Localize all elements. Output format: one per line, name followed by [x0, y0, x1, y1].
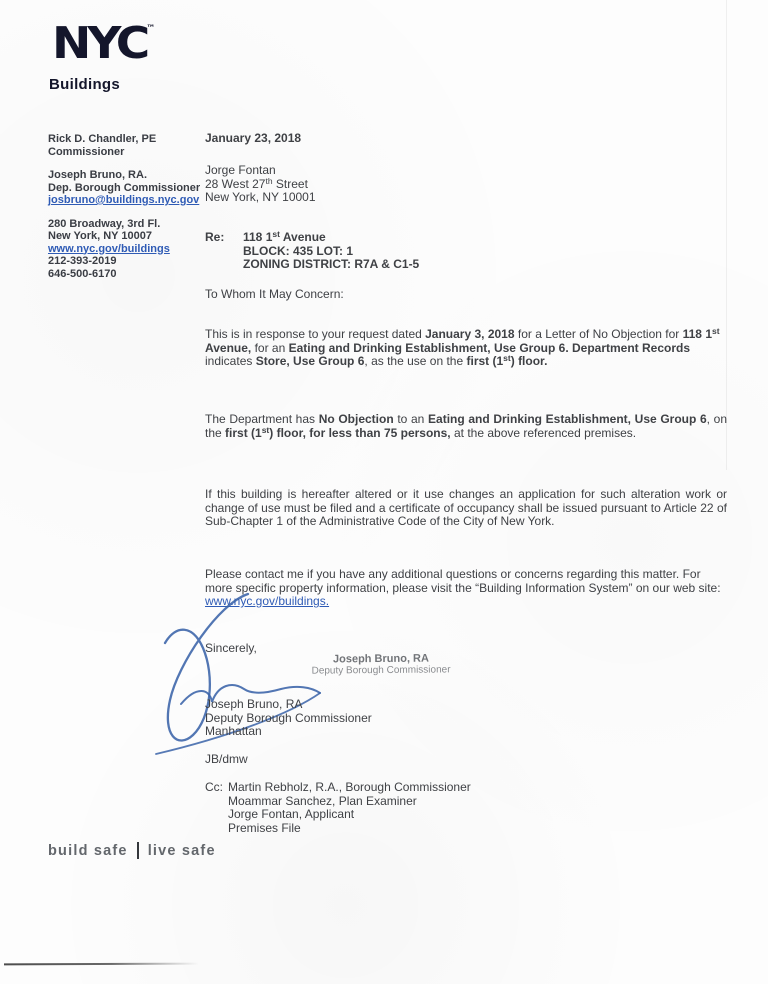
letter-date: January 23, 2018	[205, 132, 727, 146]
nyc-logo-text: NYC	[52, 18, 146, 69]
phone-number-1: 212-393-2019	[48, 255, 206, 268]
cc-recipient-1: Martin Rebholz, R.A., Borough Commission…	[228, 781, 471, 795]
address-line2: New York, NY 10007	[48, 230, 206, 243]
signer-name: Joseph Bruno, RA	[205, 698, 727, 712]
stamp-title: Deputy Borough Commissioner	[296, 664, 466, 676]
phone-number-2: 646-500-6170	[48, 268, 206, 281]
scanned-letter-page: NYC™ Buildings Rick D. Chandler, PE Comm…	[0, 0, 768, 984]
recipient-address: Jorge Fontan 28 West 27th Street New Yor…	[205, 164, 727, 205]
nyc-logo: NYC™	[52, 22, 155, 65]
recipient-city: New York, NY 10001	[205, 191, 727, 205]
commissioner-name: Rick D. Chandler, PE	[48, 133, 206, 146]
paragraph-request: This is in response to your request date…	[205, 328, 727, 369]
cc-label: Cc:	[205, 781, 228, 835]
email-link[interactable]: josbruno@buildings.nyc.gov	[48, 194, 199, 206]
deputy-name: Joseph Bruno, RA.	[48, 169, 206, 182]
cc-recipient-3: Jorge Fontan, Applicant	[228, 808, 471, 822]
paragraph-contact: Please contact me if you have any additi…	[205, 568, 727, 609]
commissioner-title: Commissioner	[48, 146, 206, 159]
paragraph-no-objection: The Department has No Objection to an Ea…	[205, 413, 727, 440]
scan-page-edge-bottom	[4, 963, 199, 966]
inline-link[interactable]: www.nyc.gov/buildings.	[205, 594, 329, 608]
footer-divider	[137, 842, 139, 859]
re-block-lot: BLOCK: 435 LOT: 1	[243, 245, 419, 259]
re-address: 118 1st Avenue	[243, 231, 419, 245]
paragraph-alteration-notice: If this building is hereafter altered or…	[205, 488, 727, 529]
re-block: Re: 118 1st Avenue BLOCK: 435 LOT: 1 ZON…	[205, 231, 727, 272]
logo-department-label: Buildings	[49, 76, 120, 93]
signer-borough: Manhattan	[205, 725, 727, 739]
recipient-street: 28 West 27th Street	[205, 178, 727, 192]
footer-live-safe: live safe	[148, 843, 216, 859]
website-link[interactable]: www.nyc.gov/buildings	[48, 243, 170, 255]
signature-block: Joseph Bruno, RA Deputy Borough Commissi…	[205, 698, 727, 739]
deputy-title: Dep. Borough Commissioner	[48, 182, 206, 195]
name-stamp: Joseph Bruno, RA Deputy Borough Commissi…	[296, 652, 466, 676]
trademark-symbol: ™	[146, 24, 155, 33]
signer-title: Deputy Borough Commissioner	[205, 712, 727, 726]
footer-slogan: build safe live safe	[48, 842, 216, 859]
re-label: Re:	[205, 231, 243, 272]
re-zoning-district: ZONING DISTRICT: R7A & C1-5	[243, 258, 419, 272]
cc-recipient-4: Premises File	[228, 822, 471, 836]
salutation: To Whom It May Concern:	[205, 288, 727, 302]
address-line1: 280 Broadway, 3rd Fl.	[48, 218, 206, 231]
letterhead-sidebar: Rick D. Chandler, PE Commissioner Joseph…	[48, 133, 206, 280]
closing: Sincerely,	[205, 642, 727, 656]
reference-initials: JB/dmw	[205, 753, 727, 767]
cc-recipient-2: Moammar Sanchez, Plan Examiner	[228, 795, 471, 809]
footer-build-safe: build safe	[48, 843, 128, 859]
scan-page-edge-right	[726, 0, 727, 470]
cc-block: Cc: Martin Rebholz, R.A., Borough Commis…	[205, 781, 727, 835]
recipient-name: Jorge Fontan	[205, 164, 727, 178]
